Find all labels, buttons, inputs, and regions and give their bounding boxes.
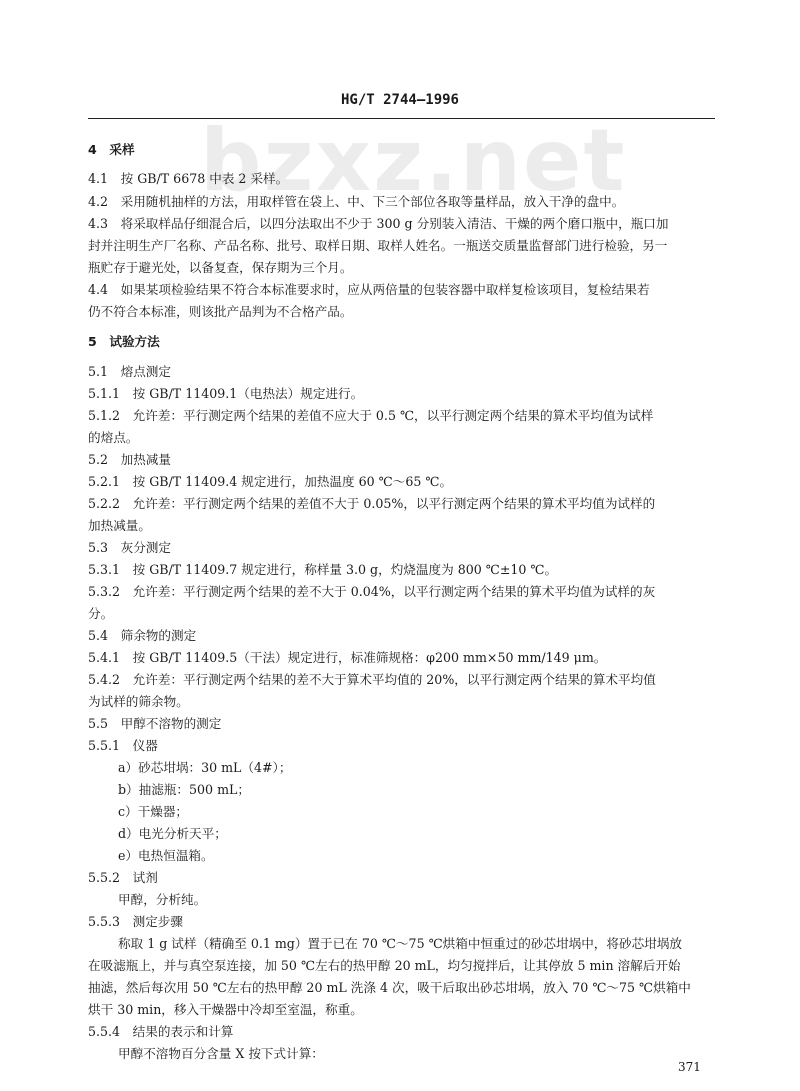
text-line: a）砂芯坩埚：30 mL（4#）； [118, 760, 291, 776]
text-line: 4.3 将采取样品仔细混合后，以四分法取出不少于 300 g 分别装入清洁、干燥… [88, 216, 668, 232]
text-line: 5.5 甲醇不溶物的测定 [88, 716, 221, 732]
section-heading: 5 试验方法 [88, 334, 160, 350]
text-line: 5.5.4 结果的表示和计算 [88, 1024, 233, 1040]
text-line: 5.2 加热减量 [88, 452, 171, 468]
text-line: 5.3 灰分测定 [88, 540, 171, 556]
section-heading: 4 采样 [88, 142, 135, 158]
text-line: 5.3.1 按 GB/T 11409.7 规定进行，称样量 3.0 g，灼烧温度… [88, 562, 557, 578]
text-line: 5.2.2 允许差：平行测定两个结果的差值不大于 0.05%，以平行测定两个结果… [88, 496, 655, 512]
page-number: 371 [678, 1060, 701, 1074]
text-line: d）电光分析天平； [118, 826, 227, 842]
text-line: 封并注明生产厂名称、产品名称、批号、取样日期、取样人姓名。一瓶送交质量监督部门进… [88, 238, 667, 254]
text-line: 加热减量。 [88, 518, 151, 534]
header-rule [88, 118, 715, 119]
text-line: 5.4 筛余物的测定 [88, 628, 196, 644]
text-line: 分。 [88, 606, 113, 622]
text-line: 5.4.2 允许差：平行测定两个结果的差不大于算术平均值的 20%，以平行测定两… [88, 672, 656, 688]
text-line: e）电热恒温箱。 [118, 848, 214, 864]
text-line: 5.3.2 允许差：平行测定两个结果的差不大于 0.04%，以平行测定两个结果的… [88, 584, 655, 600]
text-line: 5.1.2 允许差：平行测定两个结果的差值不应大于 0.5 ℃，以平行测定两个结… [88, 408, 653, 424]
text-line: 4.4 如果某项检验结果不符合本标准要求时，应从两倍量的包装容器中取样复检该项目… [88, 282, 650, 298]
text-line: 为试样的筛余物。 [88, 694, 189, 710]
text-line: 5.5.2 试剂 [88, 870, 158, 886]
text-line: 甲醇，分析纯。 [118, 892, 206, 908]
text-line: 5.1 熔点测定 [88, 364, 171, 380]
text-line: 仍不符合本标准，则该批产品判为不合格产品。 [88, 304, 352, 320]
text-line: 烘干 30 min，移入干燥器中冷却至室温，称重。 [88, 1002, 363, 1018]
text-line: b）抽滤瓶：500 mL； [118, 782, 250, 798]
text-line: 的熔点。 [88, 430, 138, 446]
text-line: 4.2 采用随机抽样的方法，用取样管在袋上、中、下三个部位各取等量样品，放入干净… [88, 194, 624, 210]
standard-code-header: HG/T 2744—1996 [0, 92, 800, 108]
text-line: 抽滤，然后每次用 50 ℃左右的热甲醇 20 mL 洗涤 4 次，吸干后取出砂芯… [88, 980, 691, 996]
text-line: 在吸滤瓶上，并与真空泵连接，加 50 ℃左右的热甲醇 20 mL，均匀搅拌后，让… [88, 958, 681, 974]
text-line: 5.5.1 仪器 [88, 738, 158, 754]
text-line: 5.5.3 测定步骤 [88, 914, 183, 930]
text-line: c）干燥器； [118, 804, 188, 820]
text-line: 5.2.1 按 GB/T 11409.4 规定进行，加热温度 60 ℃～65 ℃… [88, 474, 452, 490]
text-line: 4.1 按 GB/T 6678 中表 2 采样。 [88, 171, 288, 187]
text-line: 瓶贮存于避光处，以备复查，保存期为三个月。 [88, 260, 352, 276]
text-line: 甲醇不溶物百分含量 X 按下式计算： [118, 1046, 324, 1062]
text-line: 5.4.1 按 GB/T 11409.5（干法）规定进行，标准筛规格：φ200 … [88, 650, 606, 666]
text-line: 称取 1 g 试样（精确至 0.1 mg）置于已在 70 ℃～75 ℃烘箱中恒重… [118, 936, 682, 952]
watermark: bzxz.net [200, 118, 626, 204]
text-line: 5.1.1 按 GB/T 11409.1（电热法）规定进行。 [88, 386, 363, 402]
